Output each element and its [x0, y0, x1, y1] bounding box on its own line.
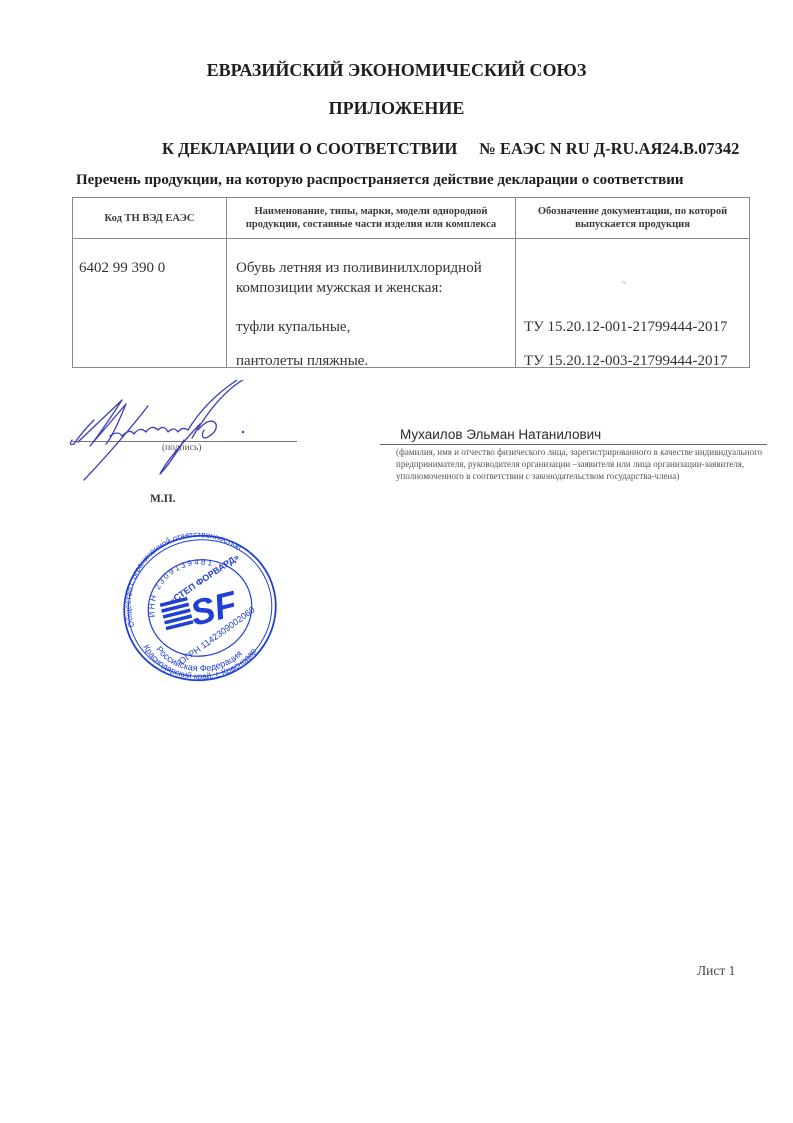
declaration-number: № ЕАЭС N RU Д-RU.АЯ24.В.07342 [479, 139, 739, 158]
scan-smudge: ≈ [622, 278, 626, 287]
document-type-title: ПРИЛОЖЕНИЕ [0, 98, 793, 119]
declaration-label: К ДЕКЛАРАЦИИ О СООТВЕТСТВИИ [162, 139, 457, 158]
signer-caption: (фамилия, имя и отчество физического лиц… [396, 446, 768, 482]
product-name-line: Обувь летняя из поливинилхлоридной [236, 260, 482, 277]
column-header-docs: Обозначение документации, по которой вып… [516, 198, 750, 239]
signer-name: Мухаилов Эльман Натанилович [400, 427, 601, 442]
signer-name-line [380, 444, 767, 445]
sheet-number: Лист 1 [697, 963, 735, 979]
table-header-row: Код ТН ВЭД ЕАЭС Наименование, типы, марк… [73, 198, 750, 239]
product-table: Код ТН ВЭД ЕАЭС Наименование, типы, марк… [72, 197, 750, 368]
standard-document: ТУ 15.20.12-003-21799444-2017 [524, 353, 728, 370]
product-code: 6402 99 390 0 [79, 260, 165, 277]
product-type-line: туфли купальные, [236, 319, 350, 336]
table-row: 6402 99 390 0 Обувь летняя из поливинилх… [73, 239, 750, 368]
company-stamp-icon: Общество с ограниченной ответственностью… [110, 528, 290, 688]
cell-code: 6402 99 390 0 [73, 239, 227, 368]
seal-place-label: М.П. [150, 493, 176, 505]
column-header-code: Код ТН ВЭД ЕАЭС [73, 198, 227, 239]
standard-document: ТУ 15.20.12-001-21799444-2017 [524, 319, 728, 336]
product-list-caption: Перечень продукции, на которую распростр… [76, 172, 684, 189]
organization-title: ЕВРАЗИЙСКИЙ ЭКОНОМИЧЕСКИЙ СОЮЗ [0, 60, 793, 81]
column-header-name: Наименование, типы, марки, модели одноро… [227, 198, 516, 239]
declaration-heading: К ДЕКЛАРАЦИИ О СООТВЕТСТВИИ№ ЕАЭС N RU Д… [162, 139, 739, 159]
handwritten-signature-icon [60, 380, 300, 490]
cell-docs: ТУ 15.20.12-001-21799444-2017 ТУ 15.20.1… [516, 239, 750, 368]
product-type-line: пантолеты пляжные. [236, 353, 368, 370]
cell-name: Обувь летняя из поливинилхлоридной компо… [227, 239, 516, 368]
product-name-line: композиции мужская и женская: [236, 280, 443, 297]
